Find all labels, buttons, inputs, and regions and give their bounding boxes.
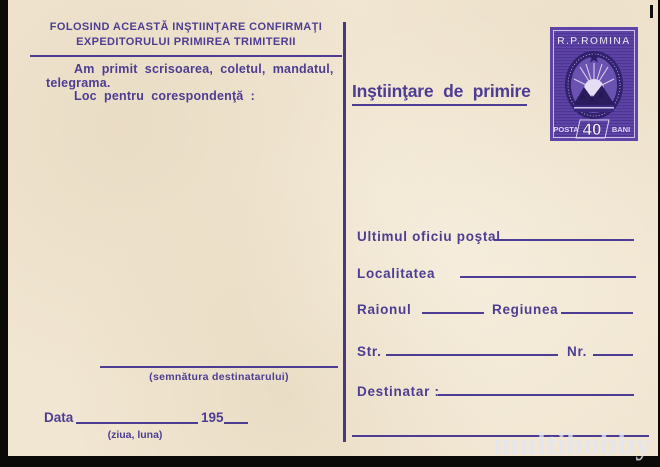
statement-line3: Loc pentru corespondenţă :: [46, 90, 346, 104]
stamp-country-text: R.P.ROMINA: [557, 35, 631, 47]
street-blank-line: [386, 354, 558, 356]
addressee-blank-line: [438, 394, 634, 396]
scanned-postcard-page: FOLOSIND ACEASTĂ INŞTIINŢARE CONFIRMAŢI …: [0, 0, 660, 467]
statement-line1: Am primit scrisoarea, coletul, mandatul,: [46, 63, 346, 77]
watermark-text: multihobby: [493, 426, 651, 462]
field-label-district: Raionul: [357, 302, 411, 317]
column-divider-rule: [343, 22, 346, 442]
date-year-prefix: 195: [201, 410, 224, 425]
field-label-region: Regiunea: [492, 302, 558, 317]
postcard: FOLOSIND ACEASTĂ INŞTIINŢARE CONFIRMAŢI …: [8, 0, 658, 456]
notice-header: FOLOSIND ACEASTĂ INŞTIINŢARE CONFIRMAŢI …: [30, 20, 342, 50]
stamp-value-text: 40: [583, 120, 602, 139]
title-underline: [352, 104, 527, 106]
field-label-number: Nr.: [567, 344, 587, 359]
field-label-locality: Localitatea: [357, 266, 435, 281]
receipt-statement: Am primit scrisoarea, coletul, mandatul,…: [46, 63, 346, 104]
card-title: Inştiinţare de primire: [352, 81, 531, 102]
coat-of-arms: [568, 51, 620, 116]
scan-artifact-mark: [650, 5, 653, 18]
statement-line2: telegrama.: [46, 77, 346, 91]
date-blank-line: [76, 422, 198, 424]
header-rule: [30, 55, 342, 57]
signature-caption: (semnătura destinatarului): [100, 371, 338, 383]
region-blank-line: [561, 312, 633, 314]
stamp-bani-text: BANI: [612, 125, 630, 134]
district-blank-line: [422, 312, 484, 314]
field-label-last-post-office: Ultimul oficiu poştal: [357, 229, 501, 244]
number-blank-line: [593, 354, 633, 356]
stamp-posta-text: POSTA: [553, 125, 579, 134]
date-year-blank-line: [224, 422, 248, 424]
field-label-addressee: Destinatar :: [357, 384, 440, 399]
notice-header-line2: EXPEDITORULUI PRIMIREA TRIMITERII: [30, 35, 342, 50]
postage-stamp: R.P.ROMINA: [550, 27, 638, 141]
notice-header-line1: FOLOSIND ACEASTĂ INŞTIINŢARE CONFIRMAŢI: [30, 20, 342, 35]
last-post-office-blank-line: [494, 239, 634, 241]
signature-blank-line: [100, 366, 338, 368]
locality-blank-line: [460, 276, 636, 278]
field-label-street: Str.: [357, 344, 382, 359]
date-caption: (ziua, luna): [96, 429, 174, 441]
date-label: Data: [44, 410, 73, 425]
